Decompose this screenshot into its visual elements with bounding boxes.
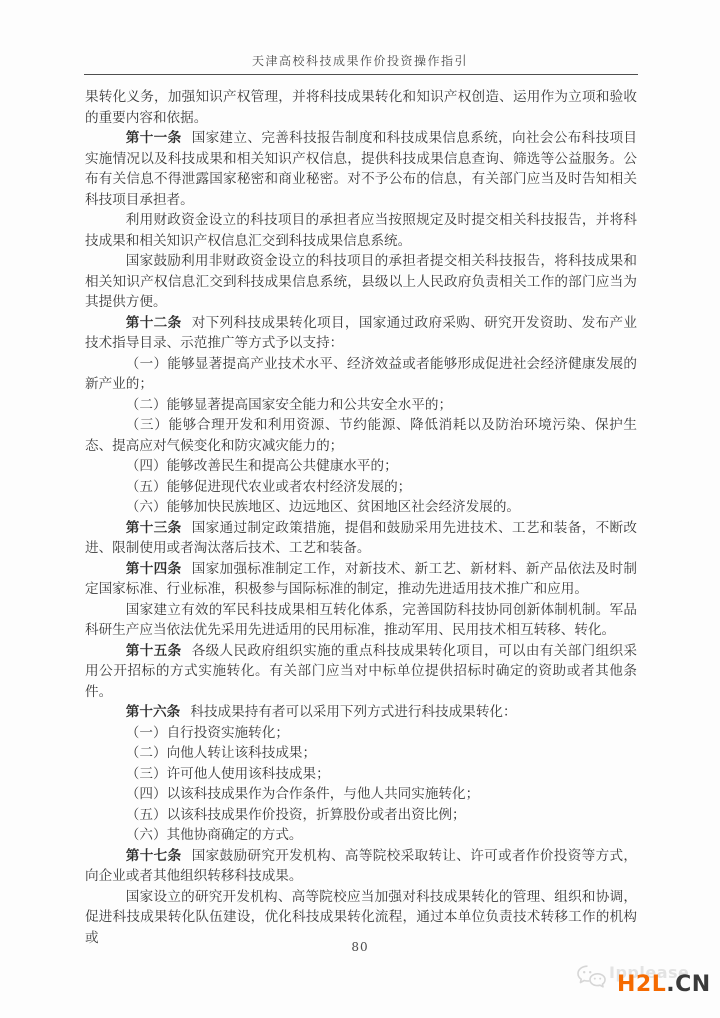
article-label: 第十五条 xyxy=(126,643,182,659)
paragraph: 国家鼓励利用非财政资金设立的科技项目的承担者提交相关科技报告，将科技成果和相关知… xyxy=(85,251,637,313)
header-rule xyxy=(84,74,638,75)
paragraph: （六）其他协商确定的方式。 xyxy=(85,825,637,846)
article-label: 第十七条 xyxy=(126,848,182,864)
watermark: Ipplease H2L.CN xyxy=(576,962,716,1002)
paragraph: （六）能够加快民族地区、边远地区、贫困地区社会经济发展的。 xyxy=(85,497,637,518)
paragraph: 第十二条对下列科技成果转化项目，国家通过政府采购、研究开发资助、发布产业技术指导… xyxy=(85,313,637,354)
paragraph: （二）能够显著提高国家安全能力和公共安全水平的； xyxy=(85,395,637,416)
document-page: 天津高校科技成果作价投资操作指引 果转化义务，加强知识产权管理，并将科技成果转化… xyxy=(0,0,720,1018)
paragraph: 第十七条国家鼓励研究开发机构、高等院校采取转让、许可或者作价投资等方式，向企业或… xyxy=(85,846,637,887)
paragraph: （五）以该科技成果作价投资，折算股份或者出资比例； xyxy=(85,805,637,826)
paragraph: 国家建立有效的军民科技成果相互转化体系，完善国防科技协同创新体制机制。军品科研生… xyxy=(85,600,637,641)
paragraph: 第十四条国家加强标准制定工作，对新技术、新工艺、新材料、新产品依法及时制定国家标… xyxy=(85,559,637,600)
paragraph: （一）能够显著提高产业技术水平、经济效益或者能够形成促进社会经济健康发展的新产业… xyxy=(85,354,637,395)
paragraph: 第十五条各级人民政府组织实施的重点科技成果转化项目，可以由有关部门组织采用公开招… xyxy=(85,641,637,703)
page-header-title: 天津高校科技成果作价投资操作指引 xyxy=(0,52,720,69)
article-label: 第十六条 xyxy=(126,704,180,720)
paragraph: 果转化义务，加强知识产权管理，并将科技成果转化和知识产权创造、运用作为立项和验收… xyxy=(85,87,637,128)
paragraph: （四）能够改善民生和提高公共健康水平的； xyxy=(85,456,637,477)
paragraph: 国家设立的研究开发机构、高等院校应当加强对科技成果转化的管理、组织和协调，促进科… xyxy=(85,887,637,949)
article-label: 第十一条 xyxy=(126,130,182,146)
paragraph: （四）以该科技成果作为合作条件，与他人共同实施转化； xyxy=(85,784,637,805)
article-label: 第十三条 xyxy=(126,520,182,536)
watermark-brand: H2L.CN xyxy=(617,972,711,997)
watermark-brand-suffix: .CN xyxy=(666,972,710,997)
watermark-brand-primary: H2L xyxy=(617,972,666,997)
page-number: 80 xyxy=(0,940,720,954)
article-label: 第十二条 xyxy=(126,315,182,331)
wechat-icon xyxy=(576,964,607,995)
paragraph: 利用财政资金设立的科技项目的承担者应当按照规定及时提交相关科技报告，并将科技成果… xyxy=(85,210,637,251)
document-body: 果转化义务，加强知识产权管理，并将科技成果转化和知识产权创造、运用作为立项和验收… xyxy=(85,87,637,948)
paragraph: 第十一条国家建立、完善科技报告制度和科技成果信息系统，向社会公布科技项目实施情况… xyxy=(85,128,637,210)
paragraph: （一）自行投资实施转化； xyxy=(85,723,637,744)
paragraph: 第十六条科技成果持有者可以采用下列方式进行科技成果转化： xyxy=(85,702,637,723)
paragraph: （三）许可他人使用该科技成果； xyxy=(85,764,637,785)
paragraph: （五）能够促进现代农业或者农村经济发展的； xyxy=(85,477,637,498)
paragraph: （三）能够合理开发和利用资源、节约能源、降低消耗以及防治环境污染、保护生态、提高… xyxy=(85,415,637,456)
paragraph: 第十三条国家通过制定政策措施，提倡和鼓励采用先进技术、工艺和装备，不断改进、限制… xyxy=(85,518,637,559)
paragraph: （二）向他人转让该科技成果； xyxy=(85,743,637,764)
article-label: 第十四条 xyxy=(126,561,182,577)
